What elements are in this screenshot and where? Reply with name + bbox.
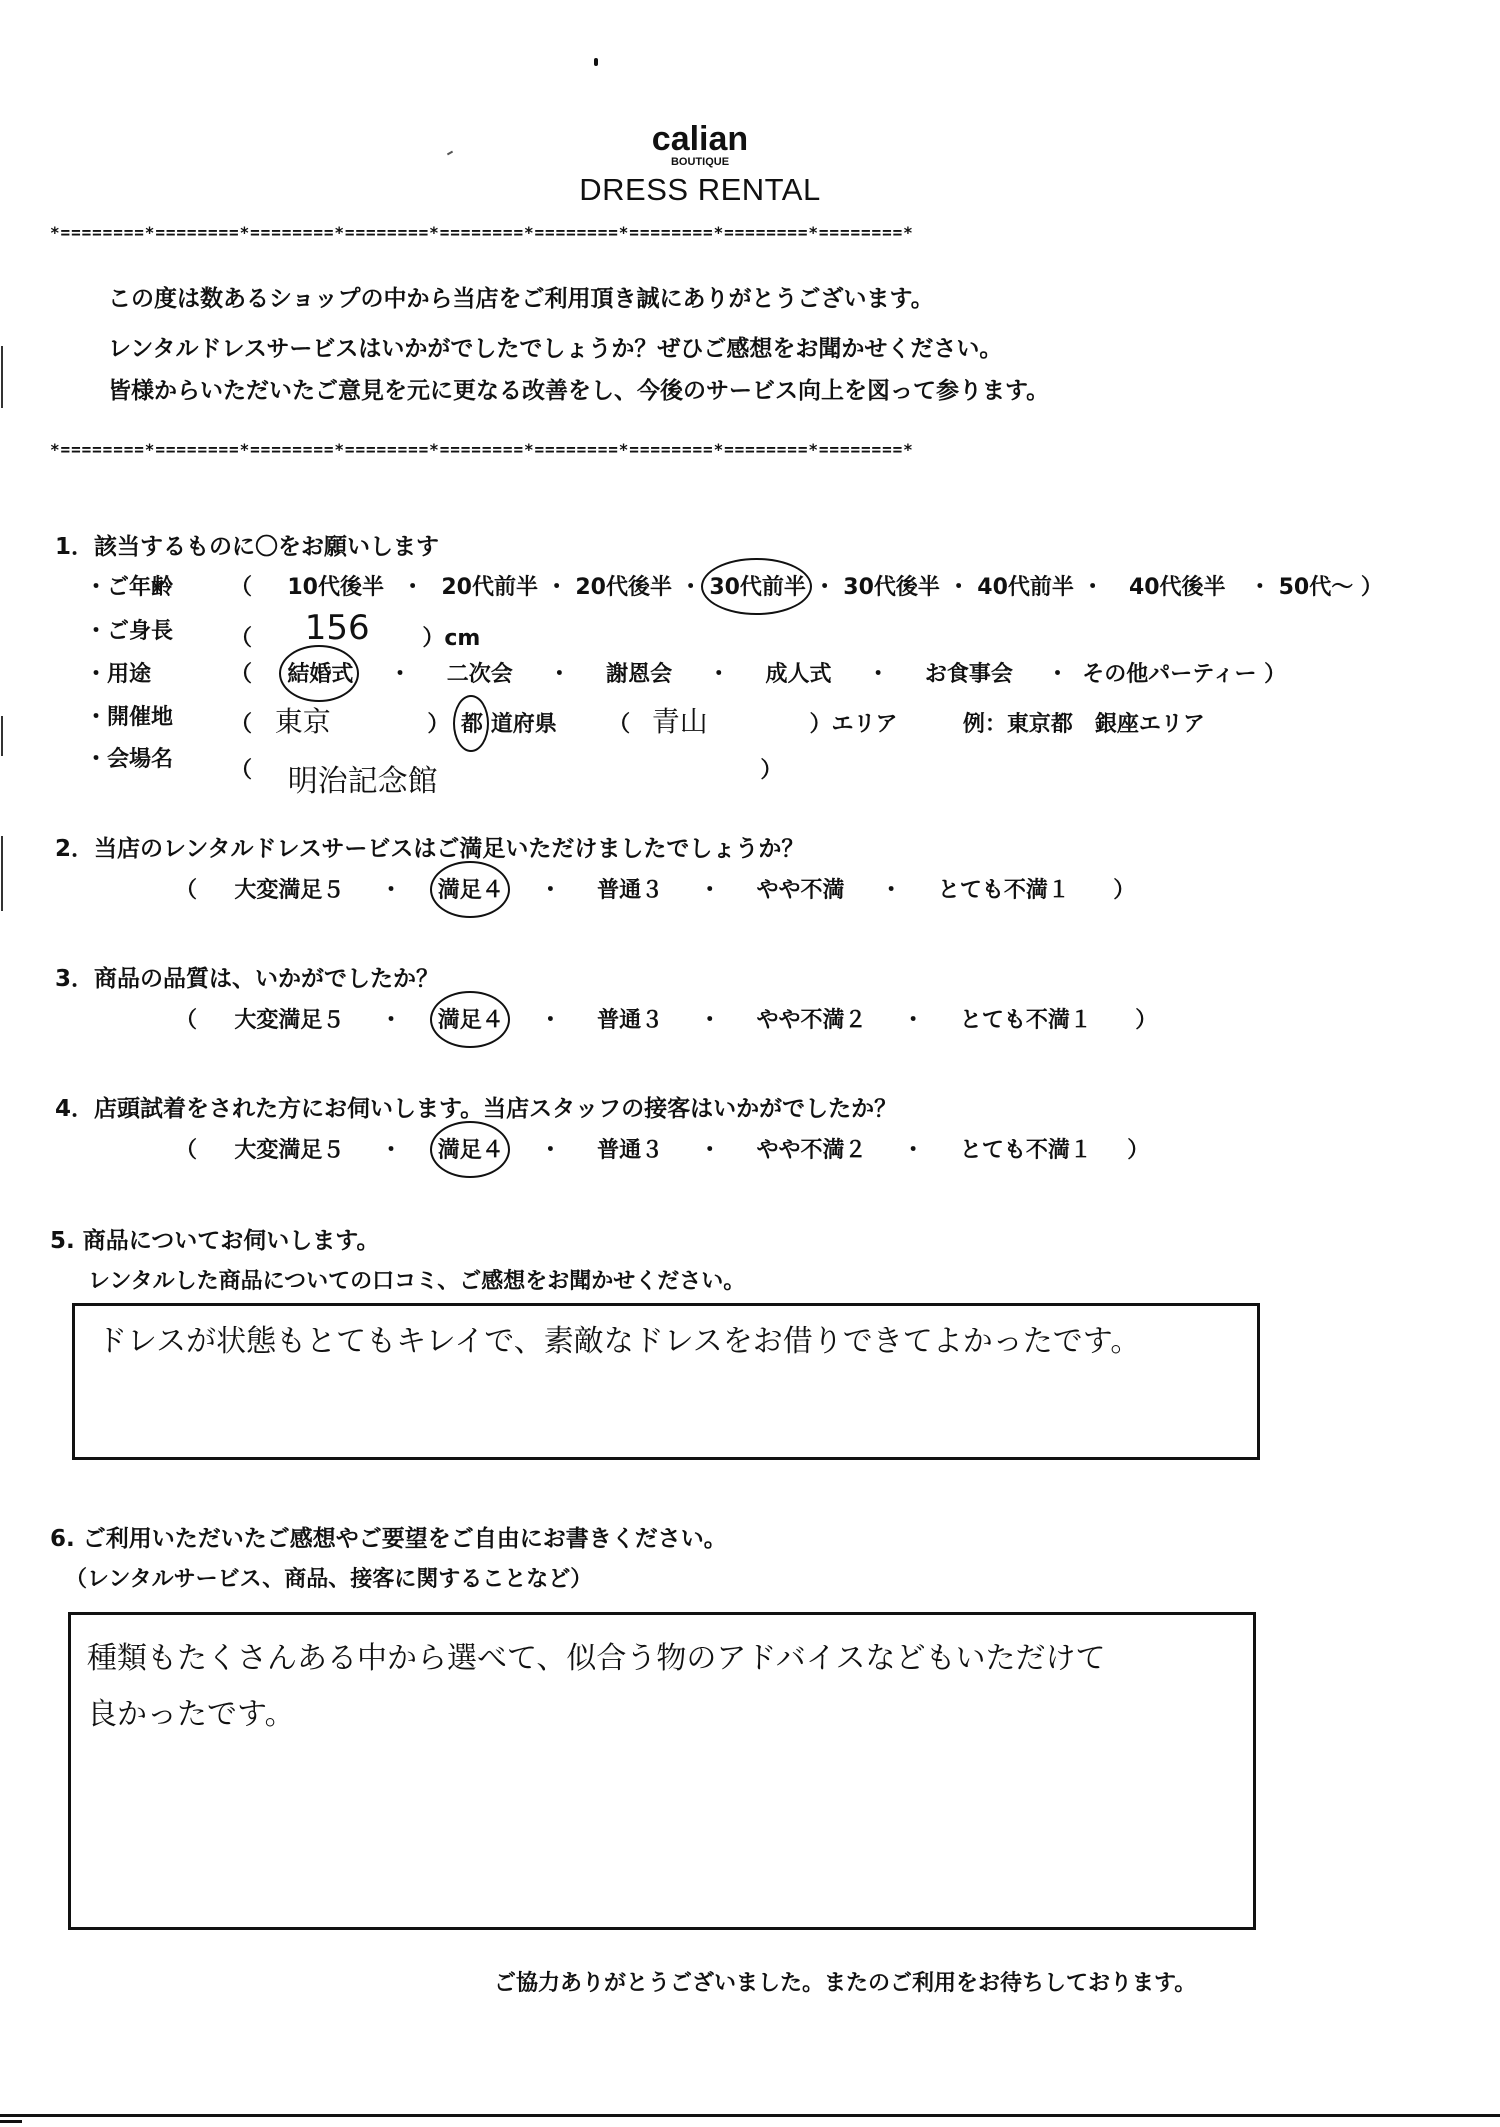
purpose-option-selected[interactable]: 結婚式 <box>287 657 353 688</box>
q5-title: 5. 商品についてお伺いします。 <box>50 1222 379 1255</box>
rating-option[interactable]: 大変満足５ <box>234 873 344 904</box>
age-option[interactable]: 20代後半 <box>575 570 672 601</box>
venue-name-label: ・会場名 <box>85 742 173 773</box>
age-option[interactable]: 30代後半 <box>843 570 940 601</box>
q2-title: 2．当店のレンタルドレスサービスはご満足いただけましたでしょうか？ <box>55 830 804 863</box>
venue-area-label: ・開催地 <box>85 700 173 731</box>
age-option[interactable]: 50代～ <box>1279 570 1354 601</box>
rating-option[interactable]: 大変満足５ <box>234 1133 344 1164</box>
purpose-option[interactable]: 謝恩会 <box>606 657 672 688</box>
divider-top: *========*========*========*========*===… <box>50 223 1360 242</box>
margin-mark <box>1 716 3 756</box>
age-option-selected[interactable]: 30代前半 <box>709 570 806 601</box>
brand-name: calian <box>0 120 1400 159</box>
venue-name-value[interactable]: 明治記念館 <box>260 756 753 800</box>
q5-subtitle: レンタルした商品についての口コミ、ご感想をお聞かせください。 <box>88 1264 745 1295</box>
purpose-option[interactable]: その他パーティー <box>1082 657 1256 688</box>
age-option[interactable]: 40代後半 <box>1129 570 1226 601</box>
footer-thanks: ご協力ありがとうございました。またのご利用をお待ちしております。 <box>494 1966 1196 1997</box>
q2-scale: （ 大変満足５ ・ 満足４ ・ 普通３ ・ やや不満 ・ とても不満１ ） <box>175 873 1135 904</box>
q6-title: 6. ご利用いただいたご感想やご要望をご自由にお書きください。 <box>50 1520 727 1553</box>
rating-option[interactable]: とても不満１ <box>960 1133 1092 1164</box>
rating-option[interactable]: やや不満２ <box>756 1003 866 1034</box>
rating-option-selected[interactable]: 満足４ <box>438 1133 504 1164</box>
q5-answer-text: ドレスが状態もとてもキレイで、素敵なドレスをお借りできてよかったです。 <box>97 1312 1140 1372</box>
rating-option[interactable]: とても不満１ <box>938 873 1070 904</box>
q3-title: 3．商品の品質は、いかがでしたか？ <box>55 960 439 993</box>
q4-scale: （ 大変満足５ ・ 満足４ ・ 普通３ ・ やや不満２ ・ とても不満１ ） <box>175 1133 1149 1164</box>
document-title: DRESS RENTAL <box>0 172 1400 208</box>
rating-option-selected[interactable]: 満足４ <box>438 1003 504 1034</box>
intro-line-1: この度は数あるショップの中から当店をご利用頂き誠にありがとうございます。 <box>108 280 934 313</box>
scan-speck <box>594 58 598 66</box>
venue-example: 例：東京都 銀座エリア <box>963 712 1205 737</box>
age-option[interactable]: 20代前半 <box>441 570 538 601</box>
q6-answer-line-1: 種類もたくさんある中から選べて、似合う物のアドバイスなどもいただけて <box>87 1629 1106 1689</box>
rating-option[interactable]: 普通３ <box>597 1133 663 1164</box>
purpose-label: ・用途 <box>85 657 151 688</box>
rating-option[interactable]: やや不満２ <box>756 1133 866 1164</box>
q1-title: 1．該当するものに〇をお願いします <box>55 528 439 561</box>
height-label: ・ご身長 <box>85 614 173 645</box>
age-label: ・ご年齢 <box>85 570 173 601</box>
rating-option[interactable]: 普通３ <box>597 873 663 904</box>
brand-sub: BOUTIQUE <box>0 156 1400 168</box>
prefecture-suffix-selected[interactable]: 都 <box>461 707 483 738</box>
margin-mark <box>1 346 3 408</box>
rating-option[interactable]: 普通３ <box>597 1003 663 1034</box>
q6-answer-line-2: 良かったです。 <box>87 1685 295 1745</box>
height-value[interactable]: 156 <box>260 608 415 648</box>
q6-subtitle: （レンタルサービス、商品、接客に関することなど） <box>65 1562 592 1593</box>
prefecture-value[interactable]: 東京 <box>260 700 420 740</box>
area-value[interactable]: 青山 <box>638 700 802 740</box>
age-option[interactable]: 10代後半 <box>287 570 384 601</box>
purpose-option[interactable]: お食事会 <box>925 657 1013 688</box>
intro-line-3: 皆様からいただいたご意見を元に更なる改善をし、今後のサービス向上を図って参ります… <box>108 372 1049 405</box>
age-options: （ 10代後半 ・ 20代前半 ・ 20代後半 ・ 30代前半 ・ 30代後半 … <box>230 570 1383 601</box>
q6-answer-box[interactable]: 種類もたくさんある中から選べて、似合う物のアドバイスなどもいただけて 良かったで… <box>68 1612 1256 1930</box>
scan-edge-line <box>0 2120 22 2123</box>
divider-bottom: *========*========*========*========*===… <box>50 440 1360 459</box>
purpose-option[interactable]: 成人式 <box>765 657 831 688</box>
rating-option[interactable]: やや不満 <box>756 873 844 904</box>
age-option[interactable]: 40代前半 <box>977 570 1074 601</box>
margin-mark <box>1 836 3 911</box>
q5-answer-box[interactable]: ドレスが状態もとてもキレイで、素敵なドレスをお借りできてよかったです。 <box>72 1303 1260 1460</box>
purpose-option[interactable]: 二次会 <box>447 657 513 688</box>
rating-option[interactable]: とても不満１ <box>960 1003 1092 1034</box>
intro-line-2: レンタルドレスサービスはいかがでしたでしょうか？ぜひご感想をお聞かせください。 <box>108 330 1002 363</box>
rating-option[interactable]: 大変満足５ <box>234 1003 344 1034</box>
scan-edge-line <box>0 2114 1500 2117</box>
rating-option-selected[interactable]: 満足４ <box>438 873 504 904</box>
q4-title: 4．店頭試着をされた方にお伺いします。当店スタッフの接客はいかがでしたか？ <box>55 1090 897 1123</box>
q3-scale: （ 大変満足５ ・ 満足４ ・ 普通３ ・ やや不満２ ・ とても不満１ ） <box>175 1003 1157 1034</box>
